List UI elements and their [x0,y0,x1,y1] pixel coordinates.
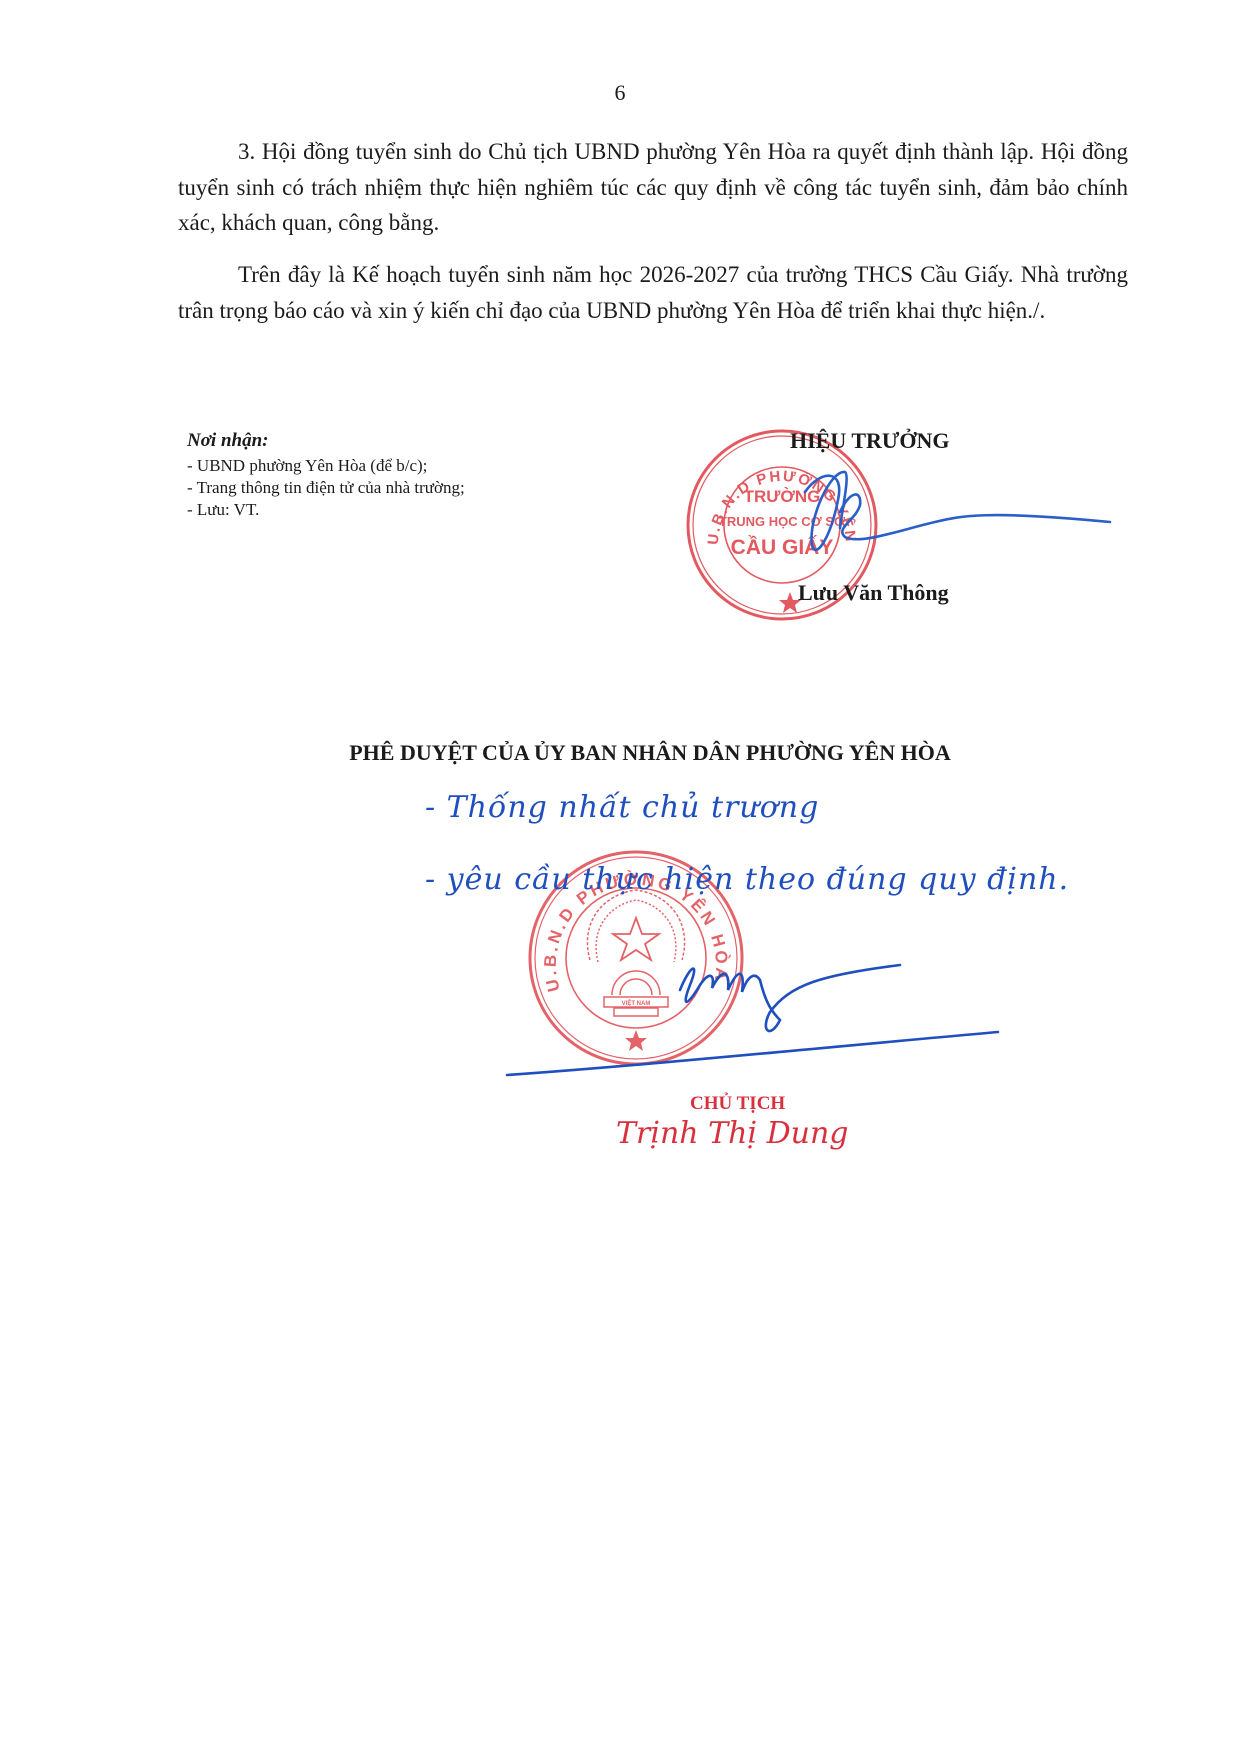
chair-signature [680,965,900,1031]
paragraph-closing: Trên đây là Kế hoạch tuyển sinh năm học … [178,257,1128,328]
page-number: 6 [0,80,1240,106]
star-icon [613,918,659,960]
school-stamp-line2: TRUNG HỌC CƠ SỞ [719,514,846,529]
recipients-title: Nơi nhận: [187,430,465,452]
recipient-item: - Trang thông tin điện tử của nhà trường… [187,477,465,499]
handwritten-note: - yêu cầu thực hiện theo đúng quy định. [425,862,1069,897]
principal-title: HIỆU TRƯỞNG [790,428,950,454]
principal-signature [805,472,1110,550]
recipient-item: - Lưu: VT. [187,499,465,521]
handwritten-note: - Thống nhất chủ trương [425,790,819,825]
chair-underline [507,1032,998,1075]
paragraph-text: Trên đây là Kế hoạch tuyển sinh năm học … [178,262,1128,323]
principal-name: Lưu Văn Thông [798,580,949,606]
national-emblem-icon [587,890,684,1016]
chair-name: Trịnh Thị Dung [616,1116,849,1151]
recipients-block: Nơi nhận: - UBND phường Yên Hòa (để b/c)… [187,430,465,521]
paragraph-text: 3. Hội đồng tuyển sinh do Chủ tịch UBND … [178,139,1128,235]
chair-title: CHỦ TỊCH [690,1093,785,1115]
recipient-item: - UBND phường Yên Hòa (để b/c); [187,455,465,477]
school-stamp-line3: CẦU GIẤY [731,536,834,559]
emblem-text: VIỆT NAM [622,999,651,1007]
approval-heading: PHÊ DUYỆT CỦA ỦY BAN NHÂN DÂN PHƯỜNG YÊN… [0,740,1240,766]
star-icon [625,1030,647,1051]
school-stamp-line1: TRƯỜNG [744,487,821,506]
paragraph-admission-council: 3. Hội đồng tuyển sinh do Chủ tịch UBND … [178,134,1128,241]
